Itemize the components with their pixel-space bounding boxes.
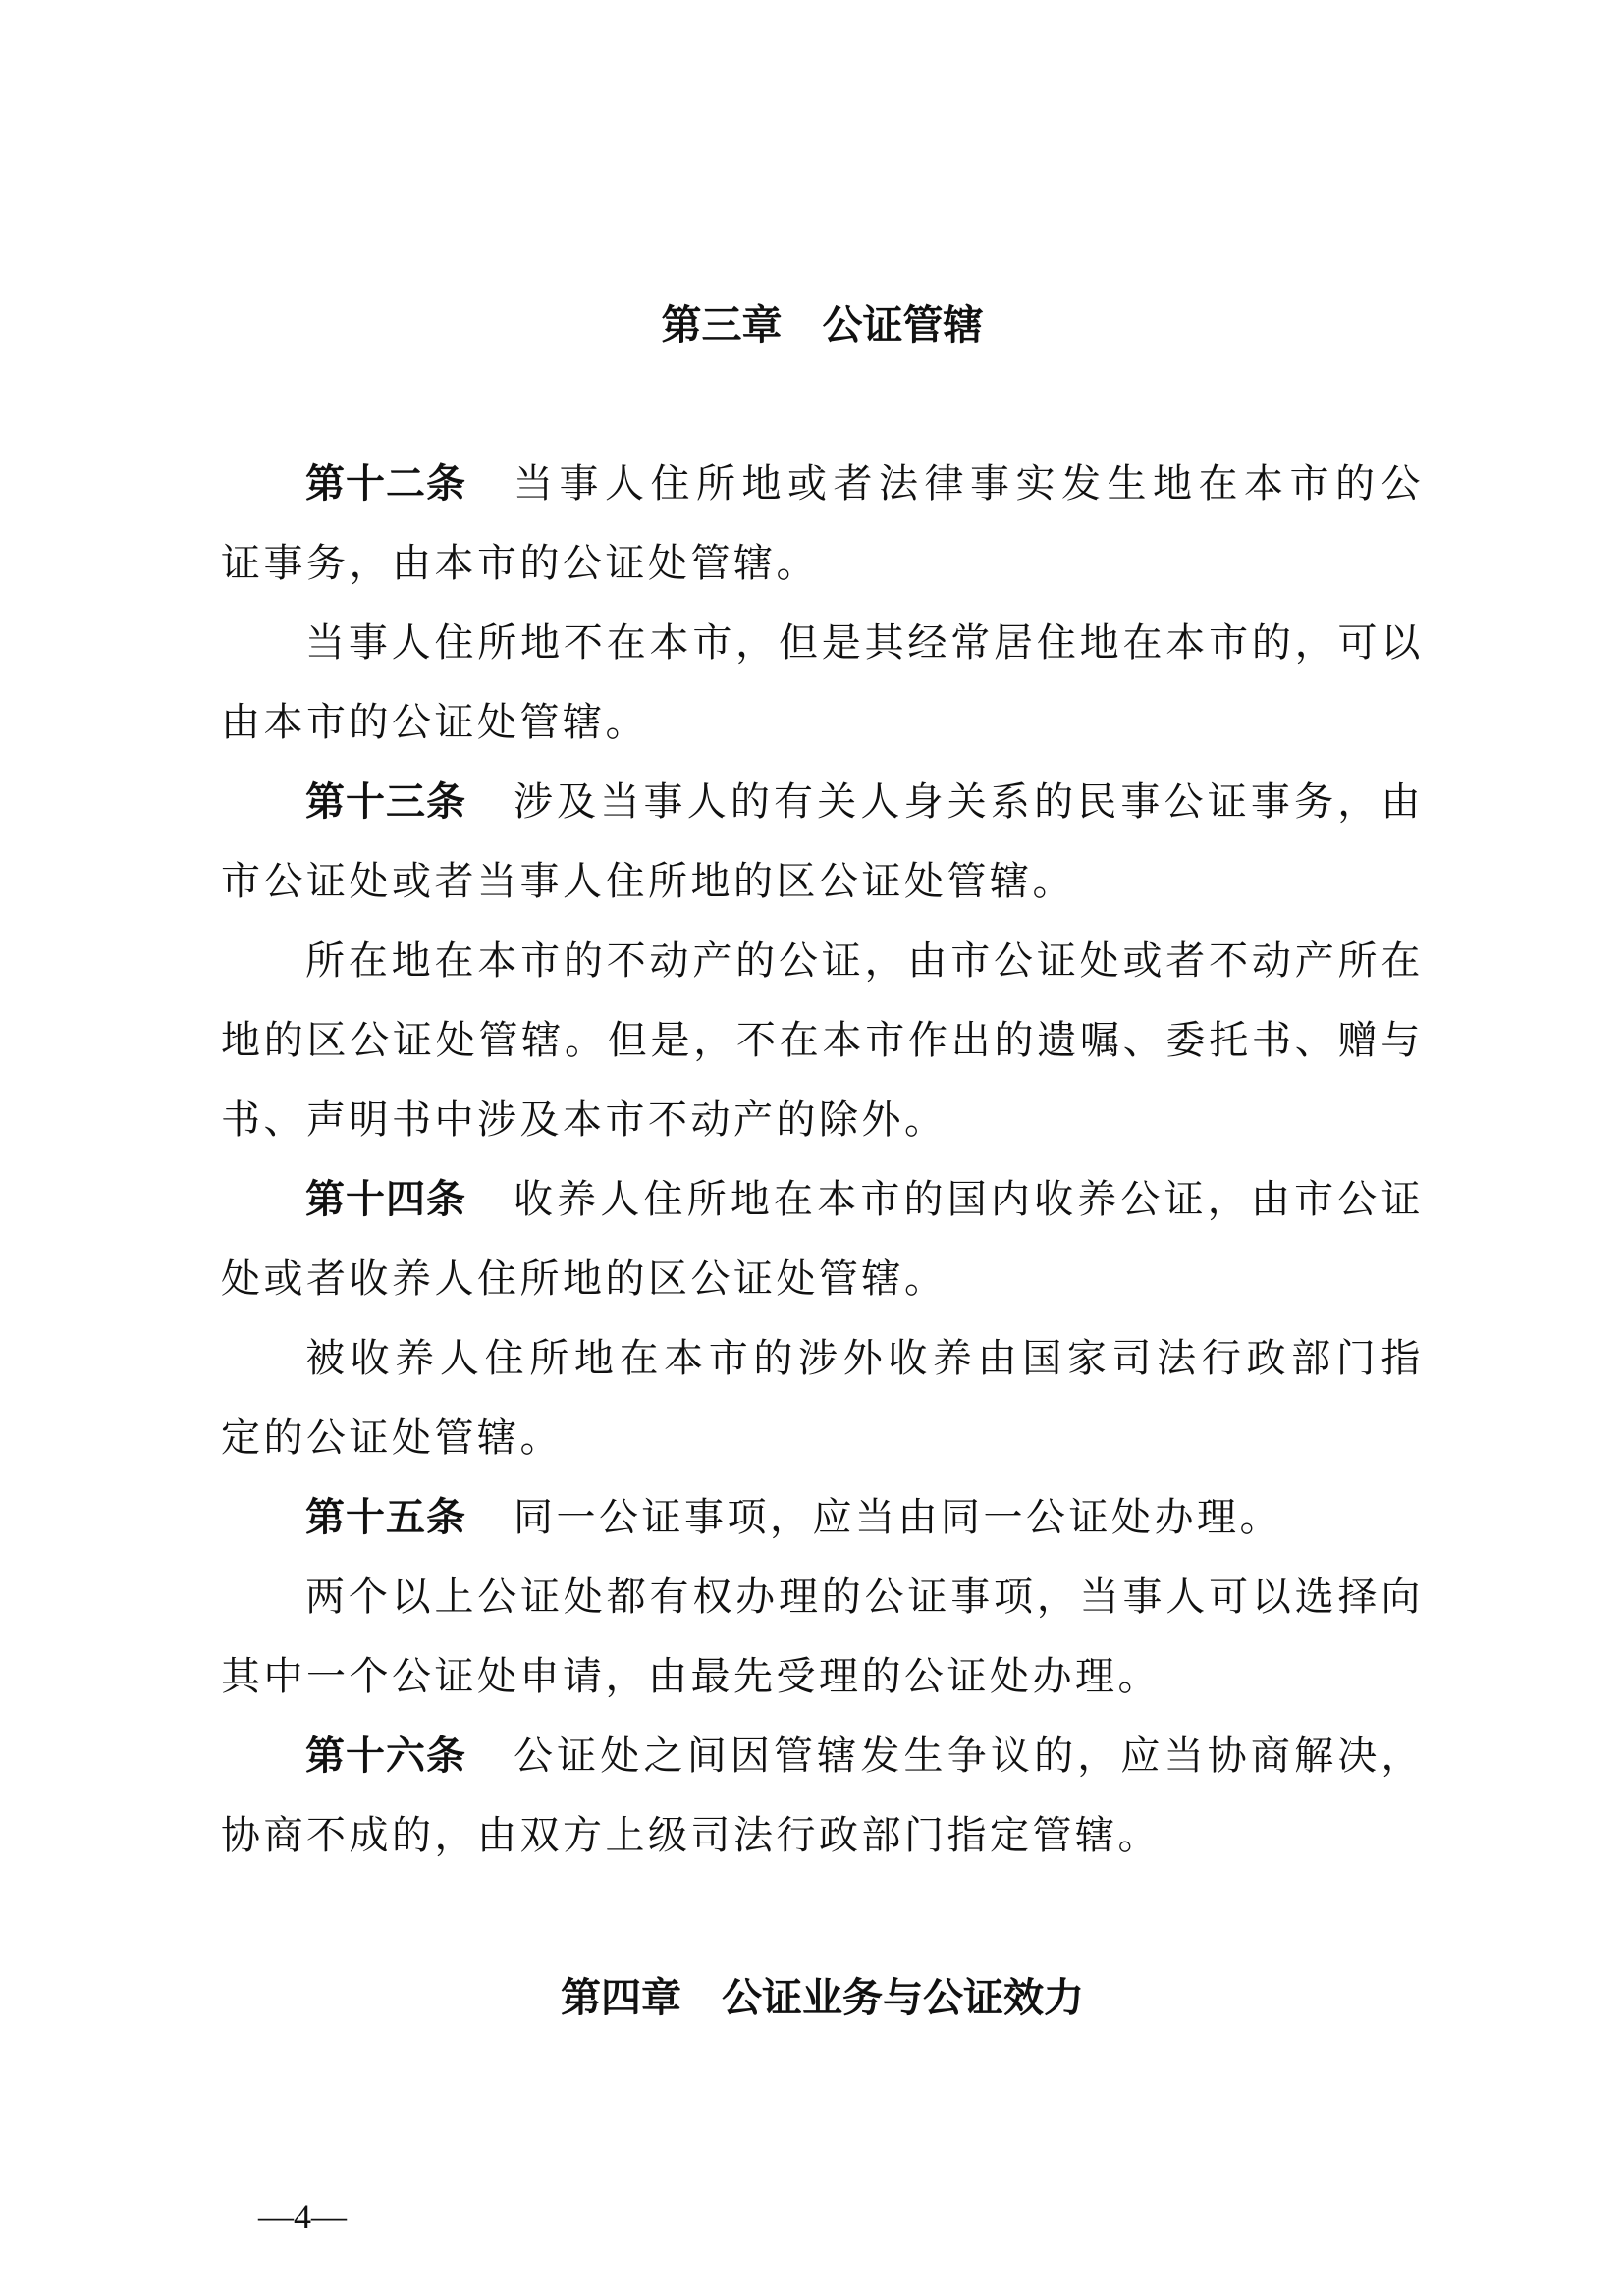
body-text: 公证处之间因管辖发生争议的，应当协商解决， <box>514 1732 1424 1781</box>
article-label: 第十六条 <box>305 1732 466 1781</box>
page-number: —4— <box>258 2197 347 2236</box>
body-text: 定的公证处管辖。 <box>221 1414 563 1463</box>
body-text: 两个以上公证处都有权办理的公证事项，当事人可以选择向 <box>305 1573 1424 1622</box>
body-text: 证事务，由本市的公证处管辖。 <box>221 539 819 588</box>
article-first-line: 第十二条当事人住所地或者法律事实发生地在本市的公 <box>221 459 1424 508</box>
paragraph-continuation-line: 处或者收养人住所地的区公证处管辖。 <box>221 1255 1424 1304</box>
body-text: 由本市的公证处管辖。 <box>221 698 648 747</box>
body-text: 所在地在本市的不动产的公证，由市公证处或者不动产所在 <box>305 936 1424 986</box>
article-label: 第十四条 <box>305 1175 466 1224</box>
article-first-line: 第十三条涉及当事人的有关人身关系的民事公证事务，由 <box>221 777 1424 827</box>
paragraph-continuation-line: 其中一个公证处申请，由最先受理的公证处办理。 <box>221 1652 1424 1701</box>
body-text: 涉及当事人的有关人身关系的民事公证事务，由 <box>514 777 1424 827</box>
paragraph-first-line: 两个以上公证处都有权办理的公证事项，当事人可以选择向 <box>221 1573 1424 1622</box>
body-text: 协商不成的，由双方上级司法行政部门指定管辖。 <box>221 1811 1161 1860</box>
paragraph-first-line: 当事人住所地不在本市，但是其经常居住地在本市的，可以 <box>221 618 1424 667</box>
article-label: 第十三条 <box>305 777 466 827</box>
body-text: 其中一个公证处申请，由最先受理的公证处办理。 <box>221 1652 1161 1701</box>
paragraph-continuation-line: 由本市的公证处管辖。 <box>221 698 1424 747</box>
document-page: 第三章 公证管辖 第十二条当事人住所地或者法律事实发生地在本市的公证事务，由本市… <box>0 0 1624 2296</box>
article-label: 第十二条 <box>305 459 466 508</box>
body-text: 当事人住所地或者法律事实发生地在本市的公 <box>514 459 1424 508</box>
chapter-heading-4: 第四章 公证业务与公证效力 <box>221 1973 1424 2022</box>
paragraph-continuation-line: 地的区公证处管辖。但是，不在本市作出的遗嘱、委托书、赠与 <box>221 1016 1424 1065</box>
paragraph-first-line: 所在地在本市的不动产的公证，由市公证处或者不动产所在 <box>221 936 1424 986</box>
body-text: 被收养人住所地在本市的涉外收养由国家司法行政部门指 <box>305 1334 1424 1383</box>
article-first-line: 第十四条收养人住所地在本市的国内收养公证，由市公证 <box>221 1175 1424 1224</box>
article-label: 第十五条 <box>305 1493 466 1542</box>
body-text: 地的区公证处管辖。但是，不在本市作出的遗嘱、委托书、赠与 <box>221 1016 1424 1065</box>
article-first-line: 第十五条同一公证事项，应当由同一公证处办理。 <box>221 1493 1424 1542</box>
paragraph-continuation-line: 协商不成的，由双方上级司法行政部门指定管辖。 <box>221 1811 1424 1860</box>
body-text: 书、声明书中涉及本市不动产的除外。 <box>221 1095 947 1145</box>
paragraph-continuation-line: 定的公证处管辖。 <box>221 1414 1424 1463</box>
paragraph-continuation-line: 证事务，由本市的公证处管辖。 <box>221 539 1424 588</box>
paragraph-continuation-line: 市公证处或者当事人住所地的区公证处管辖。 <box>221 857 1424 906</box>
chapter-heading-3: 第三章 公证管辖 <box>221 300 1424 349</box>
body-text: 当事人住所地不在本市，但是其经常居住地在本市的，可以 <box>305 618 1424 667</box>
article-first-line: 第十六条公证处之间因管辖发生争议的，应当协商解决， <box>221 1732 1424 1781</box>
paragraph-continuation-line: 书、声明书中涉及本市不动产的除外。 <box>221 1095 1424 1145</box>
body-text: 同一公证事项，应当由同一公证处办理。 <box>514 1493 1282 1542</box>
body-text: 市公证处或者当事人住所地的区公证处管辖。 <box>221 857 1075 906</box>
body-text: 处或者收养人住所地的区公证处管辖。 <box>221 1255 947 1304</box>
paragraph-first-line: 被收养人住所地在本市的涉外收养由国家司法行政部门指 <box>221 1334 1424 1383</box>
body-text: 收养人住所地在本市的国内收养公证，由市公证 <box>514 1175 1424 1224</box>
